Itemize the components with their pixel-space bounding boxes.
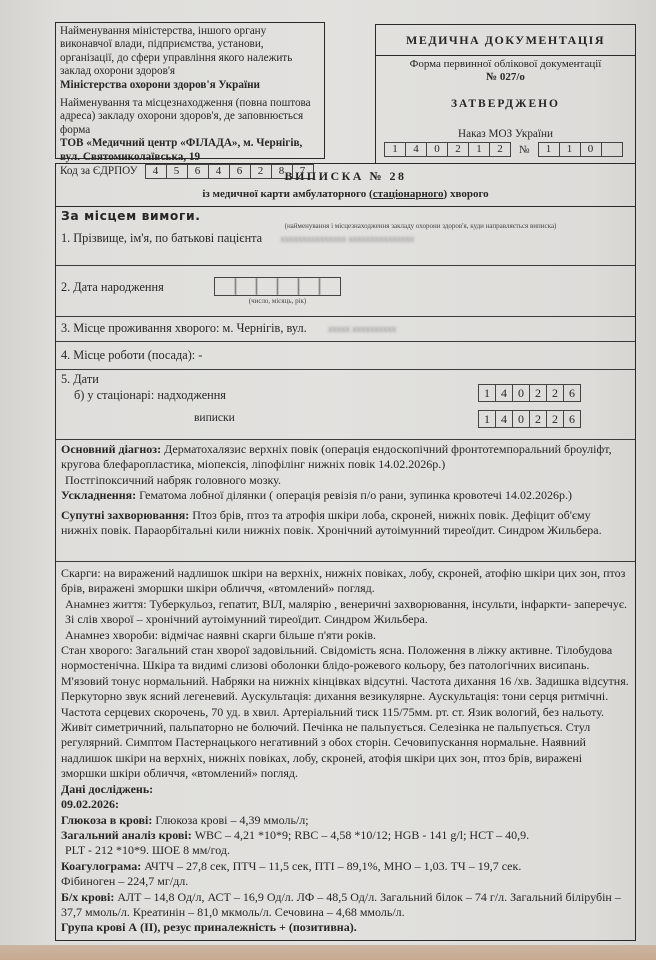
digit-box: 0 <box>513 411 530 427</box>
digit-box <box>278 278 299 295</box>
digit-box: 2 <box>530 385 547 401</box>
approved-label: ЗАТВЕРДЖЕНО <box>376 98 635 110</box>
digit-box: 1 <box>560 143 581 156</box>
patient-name-redacted: xxxxxxxxxxxxxxx xxxxxxxxxxxxxxx <box>280 233 414 245</box>
digit-box: 0 <box>513 385 530 401</box>
section-diagnosis: Основний діагноз: Дерматохалязис верхніх… <box>56 440 635 562</box>
document-subtitle: із медичної карти амбулаторного (стаціон… <box>56 188 635 200</box>
main-diagnosis-2: Постгіпоксичний набряк головного мозку. <box>61 473 630 488</box>
document-title-block: ВИПИСКА № 28 із медичної карти амбулатор… <box>56 164 635 207</box>
digit-box: 2 <box>530 411 547 427</box>
digit-box: 1 <box>539 143 560 156</box>
paper-sheet: Найменування міністерства, іншого органу… <box>0 0 656 945</box>
work-label: 4. Місце роботи (посада): - <box>61 348 202 362</box>
dob-field: (число, місяць, рік) <box>214 277 341 305</box>
digit-box: 6 <box>564 411 580 427</box>
section-residence: 3. Місце проживання хворого: м. Чернігів… <box>56 317 635 342</box>
patient-name-label: 1. Прізвище, ім'я, по батькові пацієнта <box>61 231 262 246</box>
medical-documentation-title: МЕДИЧНА ДОКУМЕНТАЦІЯ <box>376 24 635 56</box>
order-date-boxes: 1 4 0 2 1 2 <box>384 142 511 157</box>
section-work: 4. Місце роботи (посада): - <box>56 342 635 370</box>
disease-history: Анамнез хвороби: відмічає наявні скарги … <box>61 628 630 643</box>
section-clinical: Скарги: на виражений надлишок шкіри на в… <box>56 562 635 940</box>
dob-boxes <box>214 277 341 296</box>
glucose-result: Глюкоза в крові: Глюкоза крові – 4,39 мм… <box>61 813 630 828</box>
digit-box <box>299 278 320 295</box>
digit-box: 6 <box>564 385 580 401</box>
discharge-label: виписки <box>194 412 235 424</box>
section-dates: 5. Дати б) у стаціонарі: надходження вип… <box>56 370 635 440</box>
digit-box: 1 <box>479 411 496 427</box>
blood-group: Група крові А (ІІ), резус приналежність … <box>61 920 630 935</box>
cbc-result-2: PLT - 212 *10*9. ШОЕ 8 мм/год. <box>61 843 630 858</box>
digit-box: 1 <box>385 143 406 156</box>
ministry-value: Міністерства охорони здоров'я України <box>60 79 320 92</box>
digit-box: 4 <box>496 411 513 427</box>
digit-box <box>602 143 622 156</box>
order-row: 1 4 0 2 1 2 № 1 1 0 <box>384 142 635 157</box>
residence-redacted: xxxxx xxxxxxxxxx <box>328 323 396 335</box>
form-number: № 027/о <box>486 71 525 83</box>
discharge-summary: ВИПИСКА № 28 із медичної карти амбулатор… <box>55 163 636 941</box>
admission-date-boxes: 1 4 0 2 2 6 <box>478 384 581 402</box>
complications: Ускладнення: Гематома лобної ділянки ( о… <box>61 488 630 503</box>
patient-status: Стан хворого: Загальний стан хворої задо… <box>61 643 630 782</box>
order-number-boxes: 1 1 0 <box>538 142 623 157</box>
digit-box: 0 <box>581 143 602 156</box>
order-label: Наказ МОЗ України <box>376 128 635 140</box>
complaints: Скарги: на виражений надлишок шкіри на в… <box>61 566 630 597</box>
coagulogram-result: Коагулограма: АЧТЧ – 27,8 сек, ПТЧ – 11,… <box>61 859 630 874</box>
digit-box: 0 <box>427 143 448 156</box>
facility-value: ТОВ «Медичний центр «ФІЛАДА», м. Чернігі… <box>60 137 320 164</box>
life-history: Анамнез життя: Туберкульоз, гепатит, ВІЛ… <box>61 597 630 628</box>
digit-box: 1 <box>479 385 496 401</box>
digit-box: 4 <box>406 143 427 156</box>
discharge-date-boxes: 1 4 0 2 2 6 <box>478 410 581 428</box>
digit-box: 1 <box>469 143 490 156</box>
research-date: 09.02.2026: <box>61 797 630 812</box>
research-label: Дані досліджень: <box>61 782 630 797</box>
dob-label: 2. Дата народження <box>61 280 164 295</box>
form-header: МЕДИЧНА ДОКУМЕНТАЦІЯ Форма первинної обл… <box>375 24 636 164</box>
number-sign: № <box>519 144 530 156</box>
digit-box: 2 <box>547 411 564 427</box>
institution-header: Найменування міністерства, іншого органу… <box>55 22 325 159</box>
digit-box: 2 <box>490 143 510 156</box>
ministry-label: Найменування міністерства, іншого органу… <box>60 25 320 79</box>
biochemistry-result: Б/х крові: АЛТ – 14,8 Од/л, АСТ – 16,9 О… <box>61 890 630 921</box>
section-patient-name: За місцем вимоги. (найменування і місцез… <box>56 207 635 266</box>
dates-label: 5. Дати <box>61 372 99 387</box>
admission-label: б) у стаціонарі: надходження <box>74 388 226 403</box>
digit-box <box>320 278 340 295</box>
dob-hint: (число, місяць, рік) <box>214 297 341 305</box>
destination-hint: (найменування і місцезнаходження закладу… <box>211 222 630 230</box>
digit-box <box>236 278 257 295</box>
digit-box: 4 <box>496 385 513 401</box>
facility-label: Найменування та місцезнаходження (повна … <box>60 97 320 137</box>
digit-box: 2 <box>448 143 469 156</box>
form-description: Форма первинної облікової документації №… <box>376 58 635 84</box>
digit-box <box>215 278 236 295</box>
destination: За місцем вимоги. <box>61 207 630 223</box>
coagulogram-result-2: Фібиноген – 224,7 мг/дл. <box>61 874 630 889</box>
cbc-result: Загальний аналіз крові: WBC – 4,21 *10*9… <box>61 828 630 843</box>
comorbidities: Супутні захворювання: Птоз брів, птоз та… <box>61 508 630 539</box>
section-dob: 2. Дата народження (число, місяць, рік) <box>56 266 635 317</box>
digit-box: 2 <box>547 385 564 401</box>
residence-label: 3. Місце проживання хворого: м. Чернігів… <box>61 321 307 335</box>
digit-box <box>257 278 278 295</box>
main-diagnosis: Основний діагноз: Дерматохалязис верхніх… <box>61 442 630 473</box>
document-title: ВИПИСКА № 28 <box>56 164 635 184</box>
